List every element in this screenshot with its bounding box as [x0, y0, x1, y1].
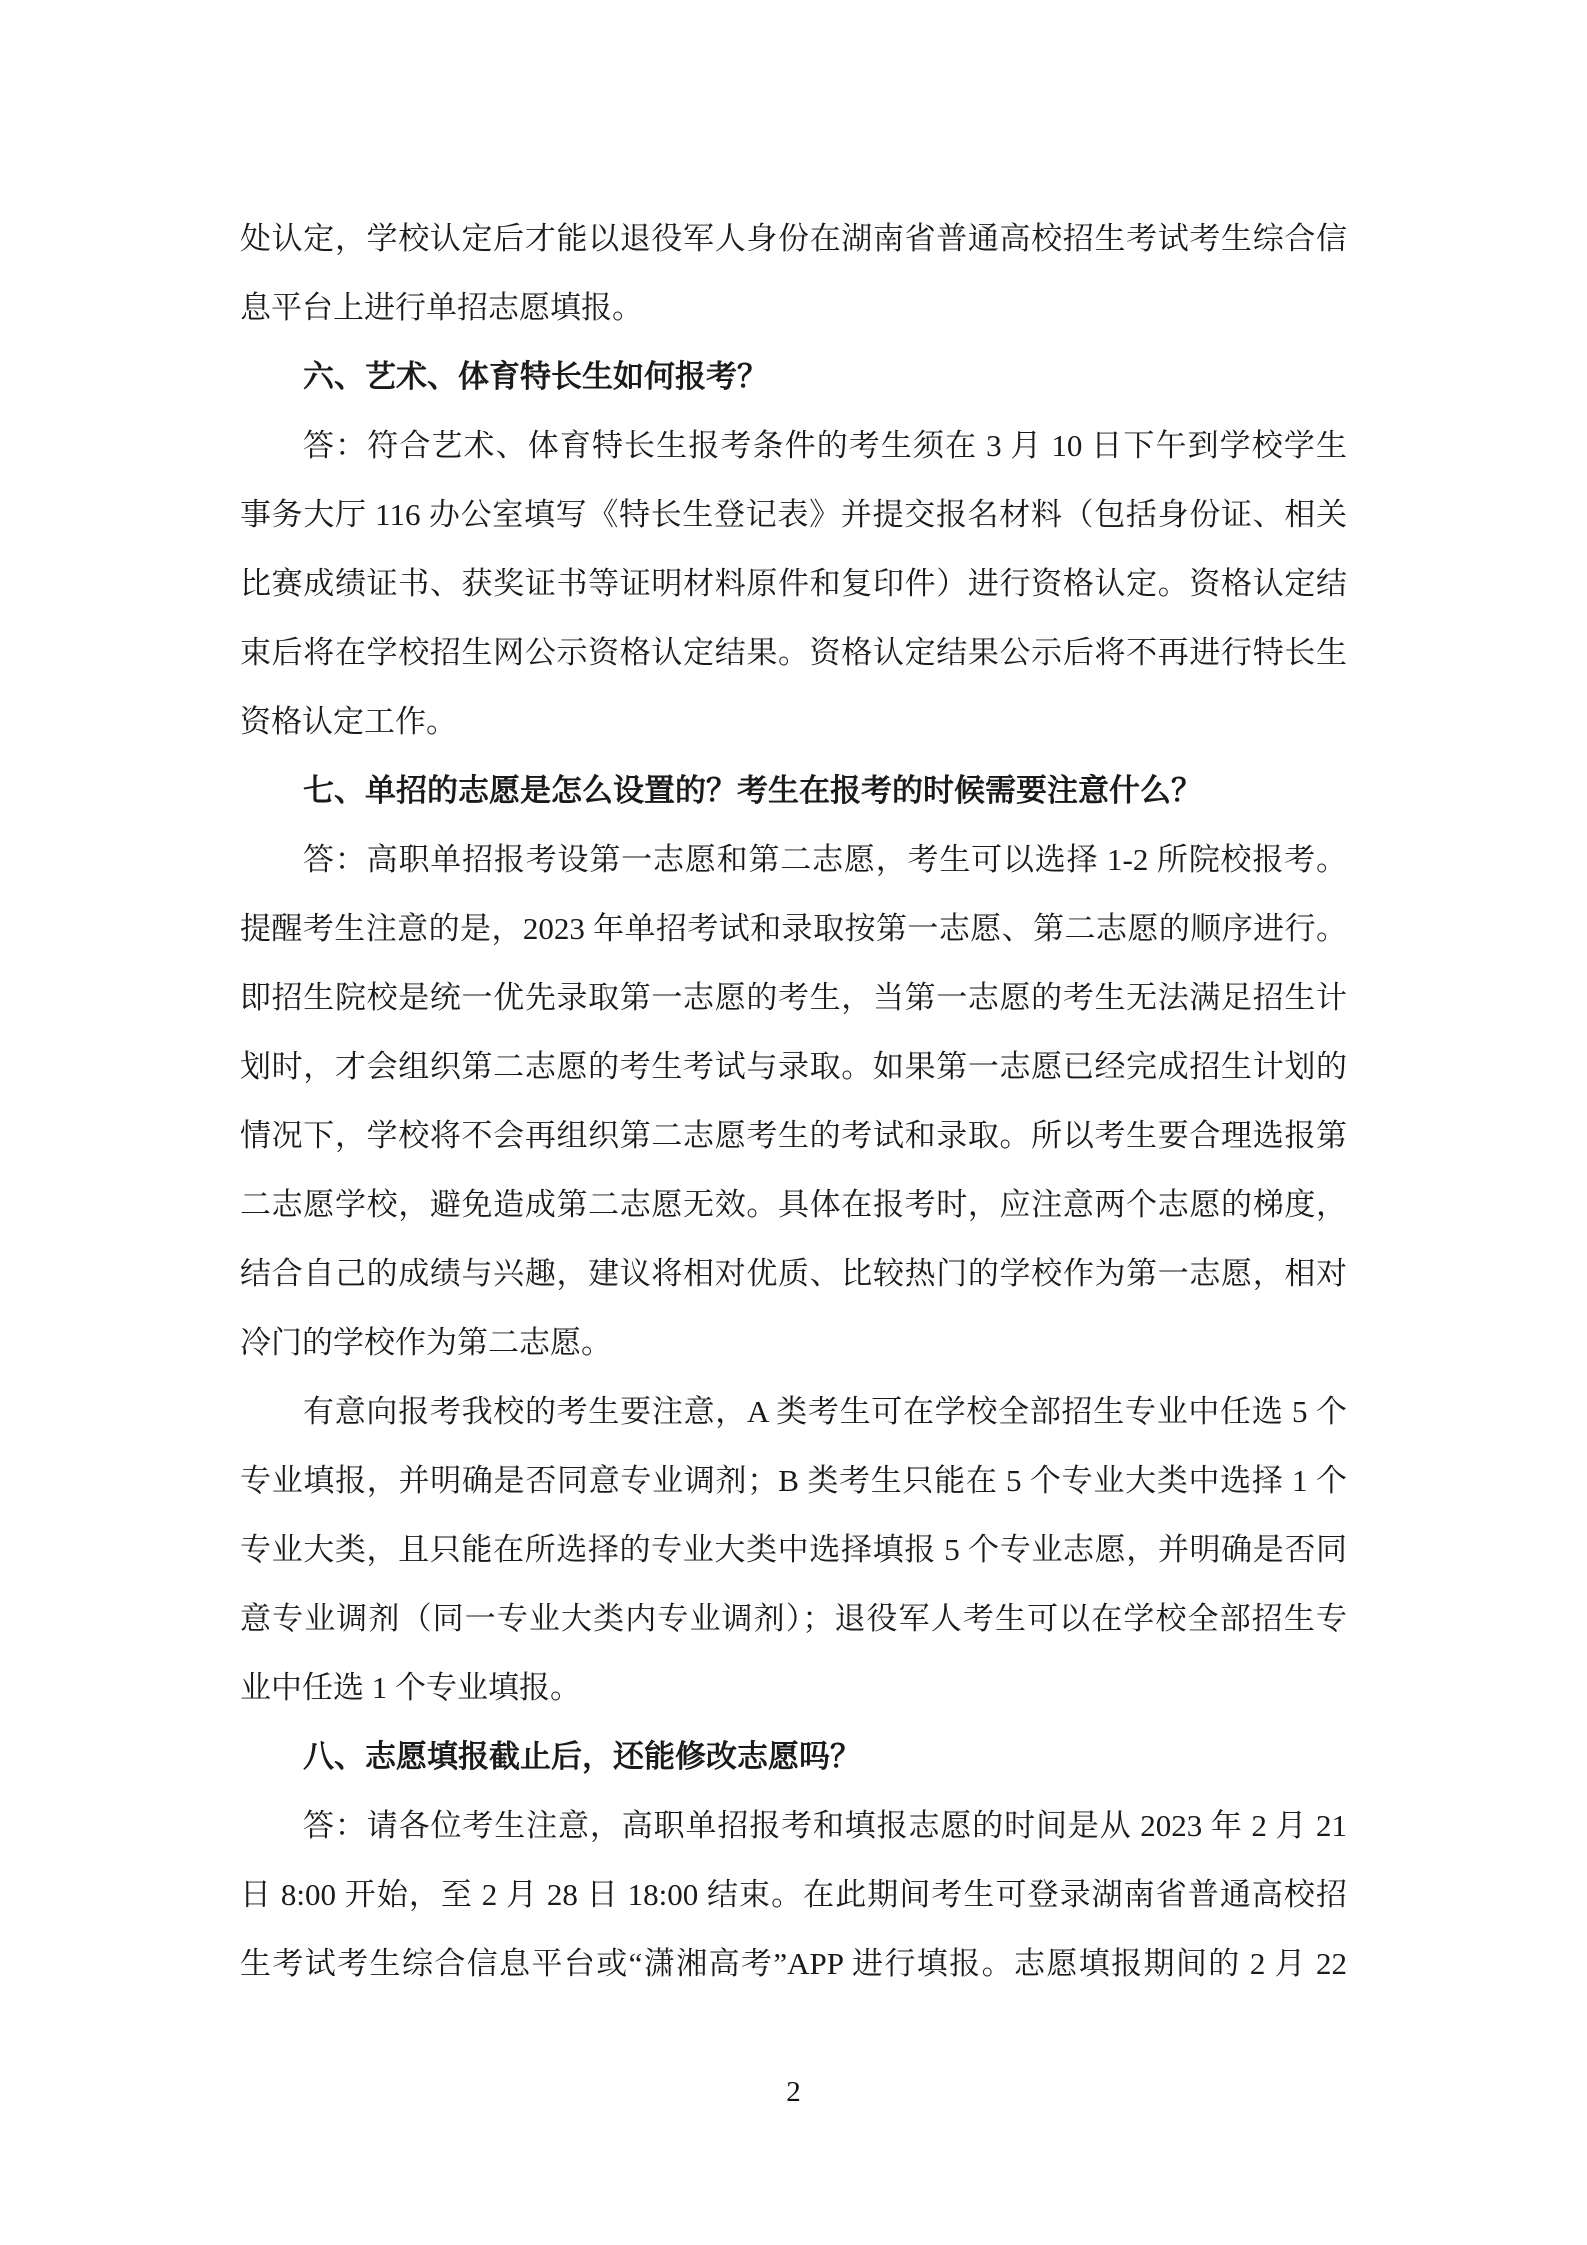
- paragraph-end-line: 息平台上进行单招志愿填报。: [240, 273, 1347, 342]
- answer-seven-para2-line: 有意向报考我校的考生要注意，A 类考生可在学校全部招生专业中任选 5 个: [240, 1377, 1347, 1446]
- document-page: 处认定，学校认定后才能以退役军人身份在湖南省普通高校招生考试考生综合信息平台上进…: [0, 0, 1587, 2245]
- answer-eight-line: 答：请各位考生注意，高职单招报考和填报志愿的时间是从 2023 年 2 月 21: [240, 1791, 1347, 1860]
- answer-six-line: 答：符合艺术、体育特长生报考条件的考生须在 3 月 10 日下午到学校学生: [240, 411, 1347, 480]
- heading-question-seven: 七、单招的志愿是怎么设置的？考生在报考的时候需要注意什么？: [240, 756, 1347, 825]
- page-number: 2: [0, 2072, 1587, 2112]
- answer-seven-line: 提醒考生注意的是，2023 年单招考试和录取按第一志愿、第二志愿的顺序进行。: [240, 894, 1347, 963]
- answer-seven-line: 二志愿学校，避免造成第二志愿无效。具体在报考时，应注意两个志愿的梯度，: [240, 1170, 1347, 1239]
- answer-seven-end-line: 冷门的学校作为第二志愿。: [240, 1308, 1347, 1377]
- answer-eight-line: 生考试考生综合信息平台或“潇湘高考”APP 进行填报。志愿填报期间的 2 月 2…: [240, 1929, 1347, 1998]
- answer-seven-para2-line: 专业大类，且只能在所选择的专业大类中选择填报 5 个专业志愿，并明确是否同: [240, 1515, 1347, 1584]
- answer-seven-line: 结合自己的成绩与兴趣，建议将相对优质、比较热门的学校作为第一志愿，相对: [240, 1239, 1347, 1308]
- answer-seven-line: 划时，才会组织第二志愿的考生考试与录取。如果第一志愿已经完成招生计划的: [240, 1032, 1347, 1101]
- answer-seven-line: 即招生院校是统一优先录取第一志愿的考生，当第一志愿的考生无法满足招生计: [240, 963, 1347, 1032]
- answer-six-line: 比赛成绩证书、获奖证书等证明材料原件和复印件）进行资格认定。资格认定结: [240, 549, 1347, 618]
- answer-eight-line: 日 8:00 开始，至 2 月 28 日 18:00 结束。在此期间考生可登录湖…: [240, 1860, 1347, 1929]
- answer-seven-para2-line: 专业填报，并明确是否同意专业调剂；B 类考生只能在 5 个专业大类中选择 1 个: [240, 1446, 1347, 1515]
- document-body: 处认定，学校认定后才能以退役军人身份在湖南省普通高校招生考试考生综合信息平台上进…: [240, 204, 1347, 1998]
- answer-six-line: 束后将在学校招生网公示资格认定结果。资格认定结果公示后将不再进行特长生: [240, 618, 1347, 687]
- heading-question-eight: 八、志愿填报截止后，还能修改志愿吗？: [240, 1722, 1347, 1791]
- answer-seven-line: 答：高职单招报考设第一志愿和第二志愿，考生可以选择 1-2 所院校报考。: [240, 825, 1347, 894]
- paragraph-continuation-line: 处认定，学校认定后才能以退役军人身份在湖南省普通高校招生考试考生综合信: [240, 204, 1347, 273]
- heading-question-six: 六、艺术、体育特长生如何报考？: [240, 342, 1347, 411]
- answer-six-end-line: 资格认定工作。: [240, 687, 1347, 756]
- answer-seven-para2-line: 意专业调剂（同一专业大类内专业调剂）；退役军人考生可以在学校全部招生专: [240, 1584, 1347, 1653]
- answer-six-line: 事务大厅 116 办公室填写《特长生登记表》并提交报名材料（包括身份证、相关: [240, 480, 1347, 549]
- answer-seven-line: 情况下，学校将不会再组织第二志愿考生的考试和录取。所以考生要合理选报第: [240, 1101, 1347, 1170]
- answer-seven-para2-end-line: 业中任选 1 个专业填报。: [240, 1653, 1347, 1722]
